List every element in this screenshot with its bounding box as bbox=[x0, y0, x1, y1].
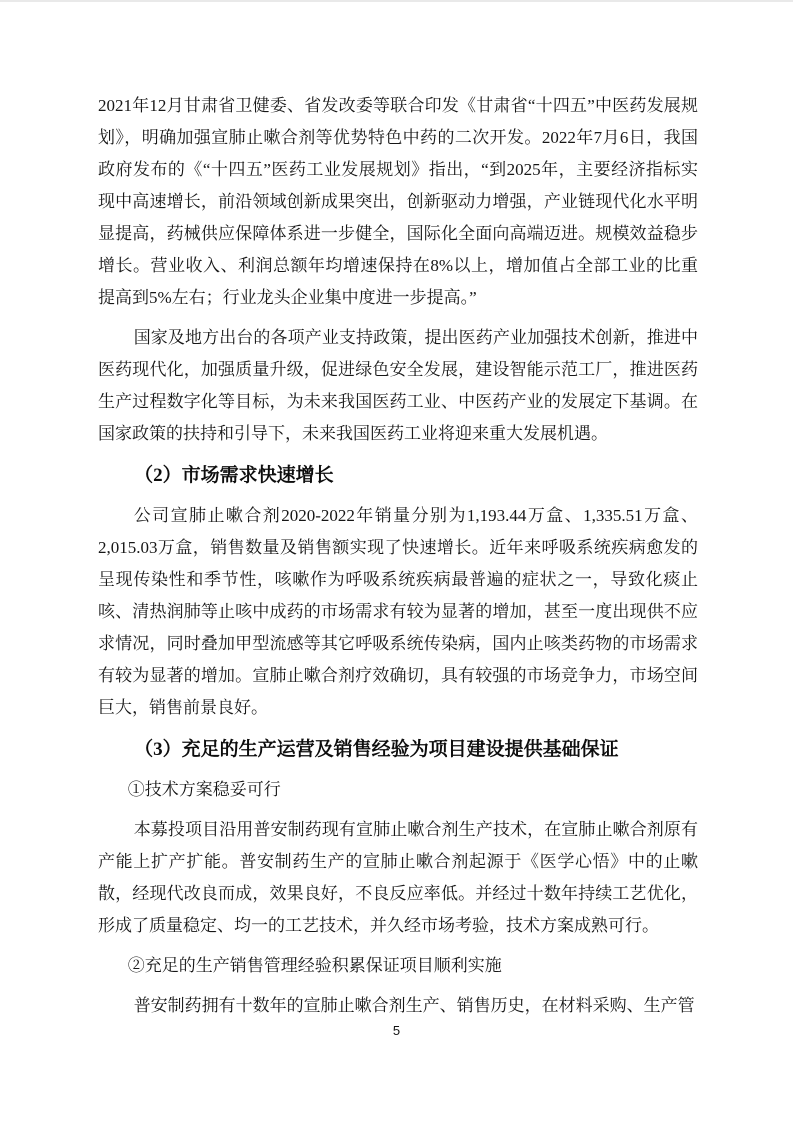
sub-section-heading: ①技术方案稳妥可行 bbox=[98, 774, 698, 806]
page-number: 5 bbox=[0, 1022, 793, 1040]
section-heading: （3）充足的生产运营及销售经验为项目建设提供基础保证 bbox=[98, 734, 698, 766]
body-paragraph: 普安制药拥有十数年的宣肺止嗽合剂生产、销售历史，在材料采购、生产管 bbox=[98, 990, 698, 1022]
body-paragraph: 国家及地方出台的各项产业支持政策，提出医药产业加强技术创新，推进中医药现代化，加… bbox=[98, 322, 698, 450]
document-body: 2021年12月甘肃省卫健委、省发改委等联合印发《甘肃省“十四五”中医药发展规划… bbox=[98, 90, 698, 1030]
body-paragraph: 2021年12月甘肃省卫健委、省发改委等联合印发《甘肃省“十四五”中医药发展规划… bbox=[98, 90, 698, 314]
body-paragraph: 本募投项目沿用普安制药现有宣肺止嗽合剂生产技术，在宣肺止嗽合剂原有产能上扩产扩能… bbox=[98, 814, 698, 942]
document-page: 2021年12月甘肃省卫健委、省发改委等联合印发《甘肃省“十四五”中医药发展规划… bbox=[0, 0, 793, 1124]
sub-section-heading: ②充足的生产销售管理经验积累保证项目顺利实施 bbox=[98, 950, 698, 982]
body-paragraph: 公司宣肺止嗽合剂2020-2022年销量分别为1,193.44万盒、1,335.… bbox=[98, 500, 698, 724]
section-heading: （2）市场需求快速增长 bbox=[98, 460, 698, 492]
